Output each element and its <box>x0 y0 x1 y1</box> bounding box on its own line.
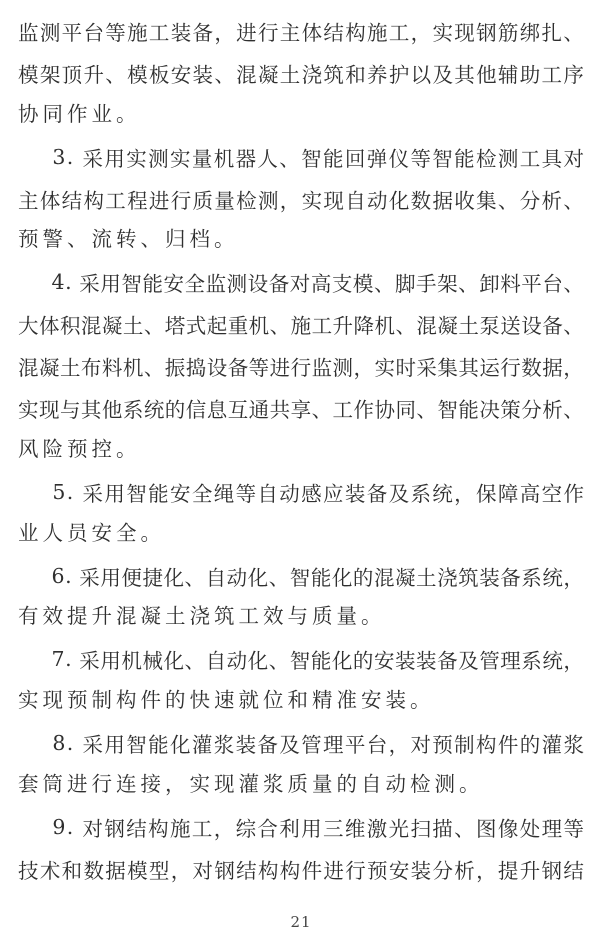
page-number: 21 <box>290 913 311 931</box>
indent-spacer <box>18 156 51 157</box>
paragraph: 3. 采用实测实量机器人、智能回弹仪等智能检测工具对主体结构工程进行质量检测，实… <box>18 136 584 262</box>
paragraph: 7. 采用机械化、自动化、智能化的安装装备及管理系统，实现预制构件的快速就位和精… <box>18 638 584 722</box>
text-line: 5. 采用智能安全绳等自动感应装备及系统，保障高空作 <box>18 471 584 513</box>
text-line: 9. 对钢结构施工，综合利用三维激光扫描、图像处理等 <box>18 806 584 848</box>
paragraph: 监测平台等施工装备，进行主体结构施工，实现钢筋绑扎、模架顶升、模板安装、混凝土浇… <box>18 10 584 136</box>
text-line: 6. 采用便捷化、自动化、智能化的混凝土浇筑装备系统， <box>18 555 584 597</box>
indent-spacer <box>18 743 51 744</box>
text-line: 大体积混凝土、塔式起重机、施工升降机、混凝土泵送设备、 <box>18 303 584 345</box>
text-line: 预警、流转、归档。 <box>18 219 584 261</box>
indent-spacer <box>18 659 51 660</box>
paragraph: 8. 采用智能化灌浆装备及管理平台，对预制构件的灌浆套筒进行连接，实现灌浆质量的… <box>18 722 584 806</box>
text-line: 实现预制构件的快速就位和精准安装。 <box>18 680 584 722</box>
text-line: 风险预控。 <box>18 429 584 471</box>
text-line: 主体结构工程进行质量检测，实现自动化数据收集、分析、 <box>18 178 584 220</box>
text-line: 7. 采用机械化、自动化、智能化的安装装备及管理系统， <box>18 638 584 680</box>
indent-spacer <box>18 491 51 492</box>
text-line: 业人员安全。 <box>18 513 584 555</box>
text-line: 模架顶升、模板安装、混凝土浇筑和养护以及其他辅助工序 <box>18 52 584 94</box>
document-body: 监测平台等施工装备，进行主体结构施工，实现钢筋绑扎、模架顶升、模板安装、混凝土浇… <box>18 10 584 890</box>
text-line: 有效提升混凝土浇筑工效与质量。 <box>18 596 584 638</box>
text-line: 3. 采用实测实量机器人、智能回弹仪等智能检测工具对 <box>18 136 584 178</box>
text-line: 混凝土布料机、振捣设备等进行监测，实时采集其运行数据， <box>18 345 584 387</box>
text-line: 实现与其他系统的信息互通共享、工作协同、智能决策分析、 <box>18 387 584 429</box>
indent-spacer <box>18 282 51 283</box>
indent-spacer <box>18 826 51 827</box>
text-line: 技术和数据模型，对钢结构构件进行预安装分析，提升钢结 <box>18 848 584 890</box>
text-line: 套筒进行连接，实现灌浆质量的自动检测。 <box>18 764 584 806</box>
paragraph: 5. 采用智能安全绳等自动感应装备及系统，保障高空作业人员安全。 <box>18 471 584 555</box>
document-page: 监测平台等施工装备，进行主体结构施工，实现钢筋绑扎、模架顶升、模板安装、混凝土浇… <box>0 0 600 949</box>
paragraph: 4. 采用智能安全监测设备对高支模、脚手架、卸料平台、大体积混凝土、塔式起重机、… <box>18 261 584 470</box>
paragraph: 9. 对钢结构施工，综合利用三维激光扫描、图像处理等技术和数据模型，对钢结构构件… <box>18 806 584 890</box>
paragraph: 6. 采用便捷化、自动化、智能化的混凝土浇筑装备系统，有效提升混凝土浇筑工效与质… <box>18 555 584 639</box>
page-footer: 21 <box>18 912 584 934</box>
text-line: 8. 采用智能化灌浆装备及管理平台，对预制构件的灌浆 <box>18 722 584 764</box>
text-line: 监测平台等施工装备，进行主体结构施工，实现钢筋绑扎、 <box>18 10 584 52</box>
text-line: 协同作业。 <box>18 94 584 136</box>
indent-spacer <box>18 575 51 576</box>
text-line: 4. 采用智能安全监测设备对高支模、脚手架、卸料平台、 <box>18 261 584 303</box>
